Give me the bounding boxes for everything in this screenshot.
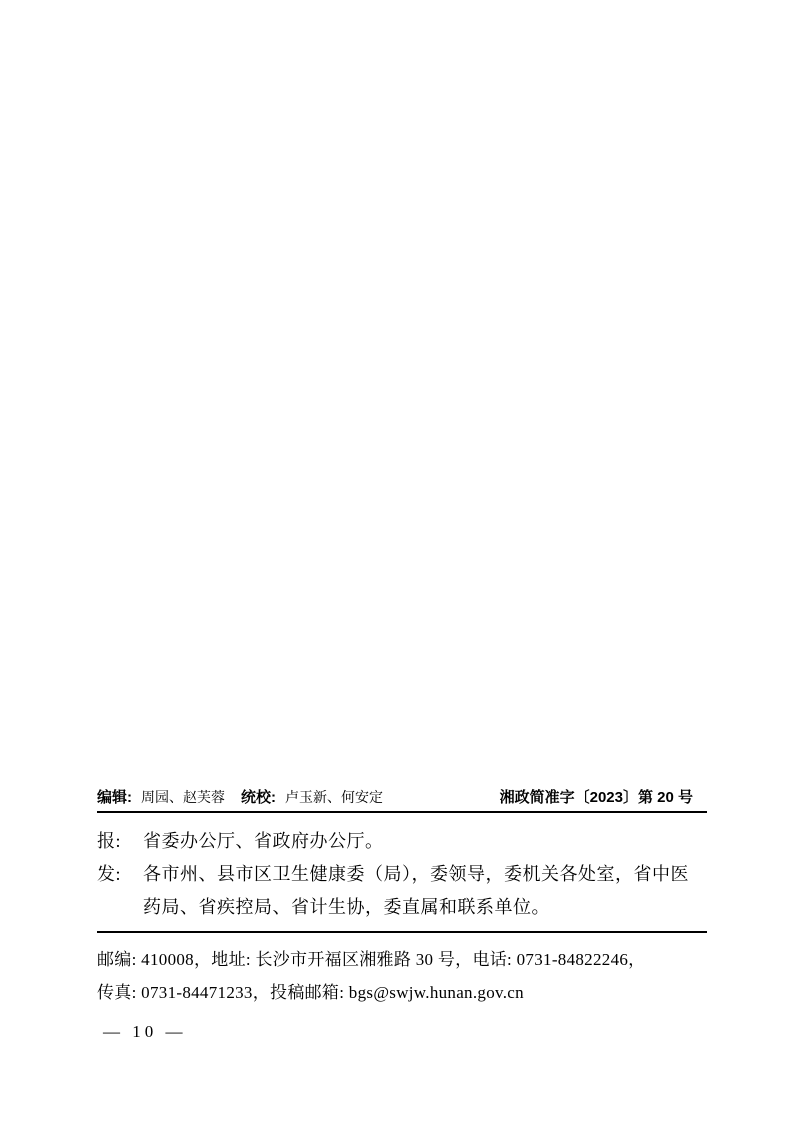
editor-label: 编辑:: [97, 788, 132, 808]
proofreader-label: 统校:: [241, 788, 276, 808]
divider-top: [97, 811, 707, 813]
report-label: 报:: [97, 825, 143, 858]
contact-line-1: 邮编: 410008，地址: 长沙市开福区湘雅路 30 号，电话: 0731-8…: [97, 943, 707, 976]
report-line: 报: 省委办公厅、省政府办公厅。: [97, 825, 707, 858]
colophon-line: 编辑: 周园、赵芙蓉 统校: 卢玉新、何安定 湘政简准字〔2023〕第 20 号: [97, 786, 707, 811]
contact-line-2: 传真: 0731-84471233，投稿邮箱: bgs@swjw.hunan.g…: [97, 976, 707, 1009]
distribution-label: 发:: [97, 858, 143, 924]
report-text: 省委办公厅、省政府办公厅。: [143, 825, 707, 858]
colophon-editors: 编辑: 周园、赵芙蓉 统校: 卢玉新、何安定: [97, 788, 383, 809]
distribution-block: 发: 各市州、县市区卫生健康委（局），委领导，委机关各处室，省中医 药局、省疾控…: [97, 858, 707, 924]
document-page: 编辑: 周园、赵芙蓉 统校: 卢玉新、何安定 湘政简准字〔2023〕第 20 号…: [0, 0, 794, 1123]
editor-names: 周园、赵芙蓉: [141, 789, 225, 809]
issue-number: 湘政简准字〔2023〕第 20 号: [500, 788, 693, 808]
distribution-line-1: 各市州、县市区卫生健康委（局），委领导，委机关各处室，省中医: [143, 858, 707, 891]
page-number: — 10 —: [103, 1022, 187, 1042]
divider-bottom: [97, 931, 707, 933]
document-footer: 编辑: 周园、赵芙蓉 统校: 卢玉新、何安定 湘政简准字〔2023〕第 20 号…: [97, 786, 707, 1009]
distribution-line-2: 药局、省疾控局、省计生协，委直属和联系单位。: [143, 891, 707, 924]
proofreader-names: 卢玉新、何安定: [285, 789, 383, 809]
contact-block: 邮编: 410008，地址: 长沙市开福区湘雅路 30 号，电话: 0731-8…: [97, 943, 707, 1009]
distribution-text: 各市州、县市区卫生健康委（局），委领导，委机关各处室，省中医 药局、省疾控局、省…: [143, 858, 707, 924]
